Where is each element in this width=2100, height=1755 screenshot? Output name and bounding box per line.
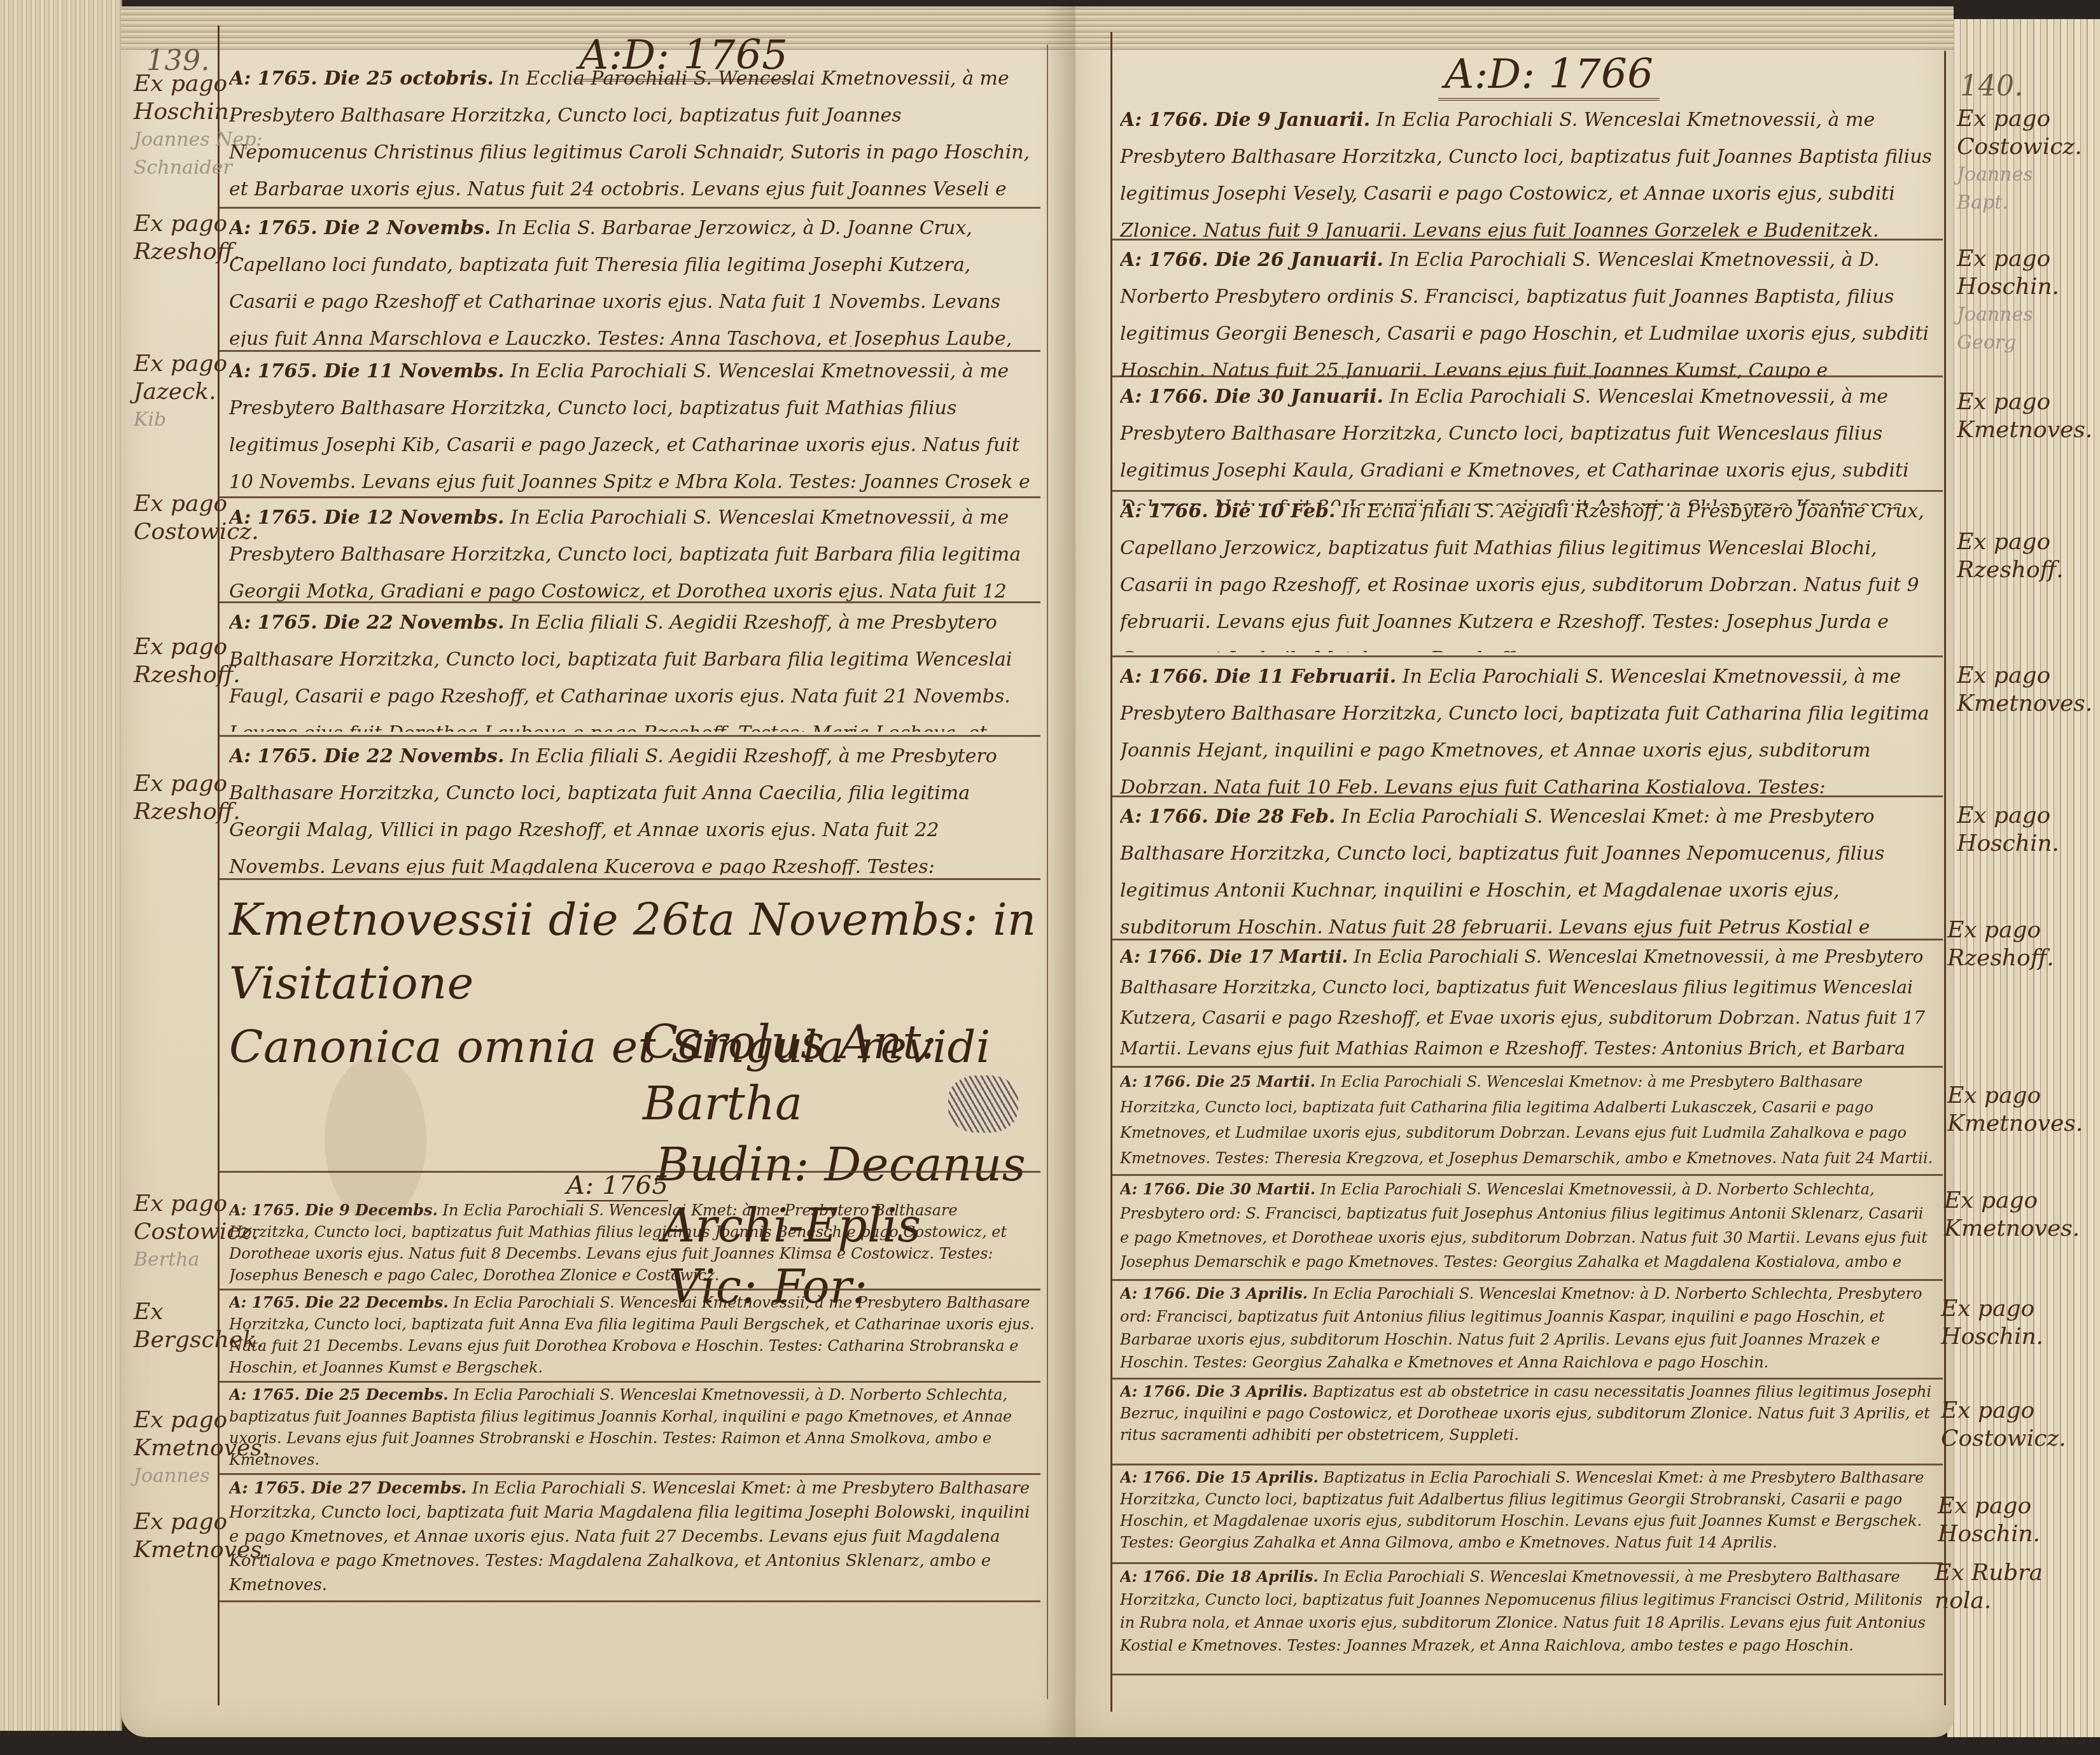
year-heading: A:D: 1766 <box>1438 51 1660 101</box>
register-entry: A: 1765. Die 25 Decembs. In Eclia Paroch… <box>229 1384 1037 1470</box>
register-entry: A: 1766. Die 10 Feb. In Eclia filiali S.… <box>1120 493 1935 652</box>
margin-place: Ex pago Rzeshoff. <box>1957 528 2071 584</box>
entry-divider <box>1112 1174 1943 1176</box>
register-entry: A: 1765. Die 22 Novembs. In Eclia filial… <box>229 738 1037 875</box>
register-entry: A: 1766. Die 28 Feb. In Eclia Parochiali… <box>1120 799 1935 939</box>
entry-divider <box>1112 1674 1943 1675</box>
page-number: 140. <box>1960 70 2024 102</box>
margin-place: Ex pago Kmetnoves. <box>1957 388 2071 444</box>
right-page: A:D: 1766 A: 1766. Die 9 Januarii. In Ec… <box>1075 6 1954 1737</box>
margin-place: Ex Rubra nola. <box>1935 1559 2049 1615</box>
margin-place: Ex pago Kmetnoves. <box>1944 1187 2059 1243</box>
open-register-book: 139. A:D: 1765 Ex pago Hoschin.Joannes N… <box>0 0 2100 1755</box>
register-entry: A: 1766. Die 30 Januarii. In Eclia Paroc… <box>1120 379 1935 506</box>
margin-place: Ex pago Kmetnoves. <box>1957 662 2071 718</box>
entry-divider <box>1112 1066 1943 1068</box>
margin-place: Ex pago Hoschin. <box>1957 802 2071 858</box>
entry-divider <box>1112 1464 1943 1465</box>
entry-divider <box>220 1381 1040 1383</box>
register-entry: A: 1765. Die 22 Novembs. In Eclia filial… <box>229 605 1037 732</box>
register-entry: A: 1766. Die 3 Aprilis. In Eclia Parochi… <box>1120 1282 1935 1378</box>
margin-place: Ex pago Hoschin. <box>1941 1295 2055 1351</box>
left-page: 139. A:D: 1765 Ex pago Hoschin.Joannes N… <box>121 6 1075 1737</box>
margin-place: Ex pago Hoschin. <box>1938 1492 2052 1548</box>
register-entry: A: 1765. Die 2 Novembs. In Eclia S. Barb… <box>229 210 1037 347</box>
paper-stain <box>325 1056 426 1222</box>
seal-scribble <box>948 1075 1018 1133</box>
entry-divider <box>1112 375 1943 377</box>
register-entry: A: 1765. Die 22 Decembs. In Eclia Paroch… <box>229 1292 1037 1378</box>
margin-place: Ex pago Costowicz.Joannes Bapt. <box>1957 105 2071 217</box>
entry-divider <box>1112 655 1943 657</box>
page-edges-left <box>0 0 122 1731</box>
register-entry: A: 1766. Die 3 Aprilis. Baptizatus est a… <box>1120 1381 1935 1464</box>
entry-divider <box>1112 239 1943 241</box>
visitation-line: Kmetnovessii die 26ta Novembs: in Visita… <box>229 888 1044 1015</box>
entry-divider <box>220 1600 1040 1602</box>
entry-divider <box>220 601 1040 603</box>
entry-divider <box>1112 490 1943 492</box>
entry-divider <box>1112 1378 1943 1380</box>
entry-divider <box>220 1289 1040 1290</box>
entry-divider <box>220 735 1040 737</box>
margin-place: Ex pago Kmetnoves. <box>1947 1082 2062 1138</box>
register-entry: A: 1766. Die 18 Aprilis. In Eclia Paroch… <box>1120 1565 1935 1667</box>
entry-divider <box>1112 795 1943 797</box>
margin-place: Ex pago Costowicz. <box>1941 1397 2055 1453</box>
entry-divider <box>1112 939 1943 940</box>
register-entry: A: 1766. Die 15 Aprilis. Baptizatus in E… <box>1120 1467 1935 1562</box>
register-entry: A: 1766. Die 11 Februarii. In Eclia Paro… <box>1120 659 1935 795</box>
register-entry: A: 1766. Die 25 Martii. In Eclia Parochi… <box>1120 1069 1935 1174</box>
register-entry: A: 1766. Die 30 Martii. In Eclia Parochi… <box>1120 1177 1935 1279</box>
register-entry: A: 1766. Die 26 Januarii. In Eclia Paroc… <box>1120 242 1935 379</box>
margin-place: Ex pago Hoschin.Joannes Georg <box>1957 245 2071 357</box>
entry-divider <box>220 207 1040 209</box>
register-entry: A: 1766. Die 17 Martii. In Eclia Parochi… <box>1120 942 1935 1069</box>
page-top-curl <box>1075 6 1954 51</box>
entry-divider <box>220 496 1040 498</box>
margin-rule <box>1944 51 1946 1705</box>
register-entry: A: 1765. Die 27 Decembs. In Eclia Paroch… <box>229 1476 1037 1597</box>
year-subheading: A: 1765 <box>566 1171 668 1201</box>
entry-divider <box>1112 1279 1943 1281</box>
register-entry: A: 1765. Die 11 Novembs. In Eclia Paroch… <box>229 353 1037 496</box>
left-border-rule <box>1110 32 1112 1712</box>
entry-divider <box>220 350 1040 352</box>
entry-divider <box>220 1473 1040 1475</box>
margin-place: Ex pago Rzeshoff. <box>1947 916 2062 972</box>
entry-divider <box>1112 1562 1943 1564</box>
entry-divider <box>220 878 1040 880</box>
register-entry: A: 1766. Die 9 Januarii. In Eclia Paroch… <box>1120 102 1935 239</box>
register-entry: A: 1765. Die 9 Decembs. In Eclia Parochi… <box>229 1199 1037 1285</box>
register-entry: A: 1765. Die 12 Novembs. In Eclia Paroch… <box>229 500 1037 601</box>
register-entry: A: 1765. Die 25 octobris. In Ecclia Paro… <box>229 60 1037 207</box>
